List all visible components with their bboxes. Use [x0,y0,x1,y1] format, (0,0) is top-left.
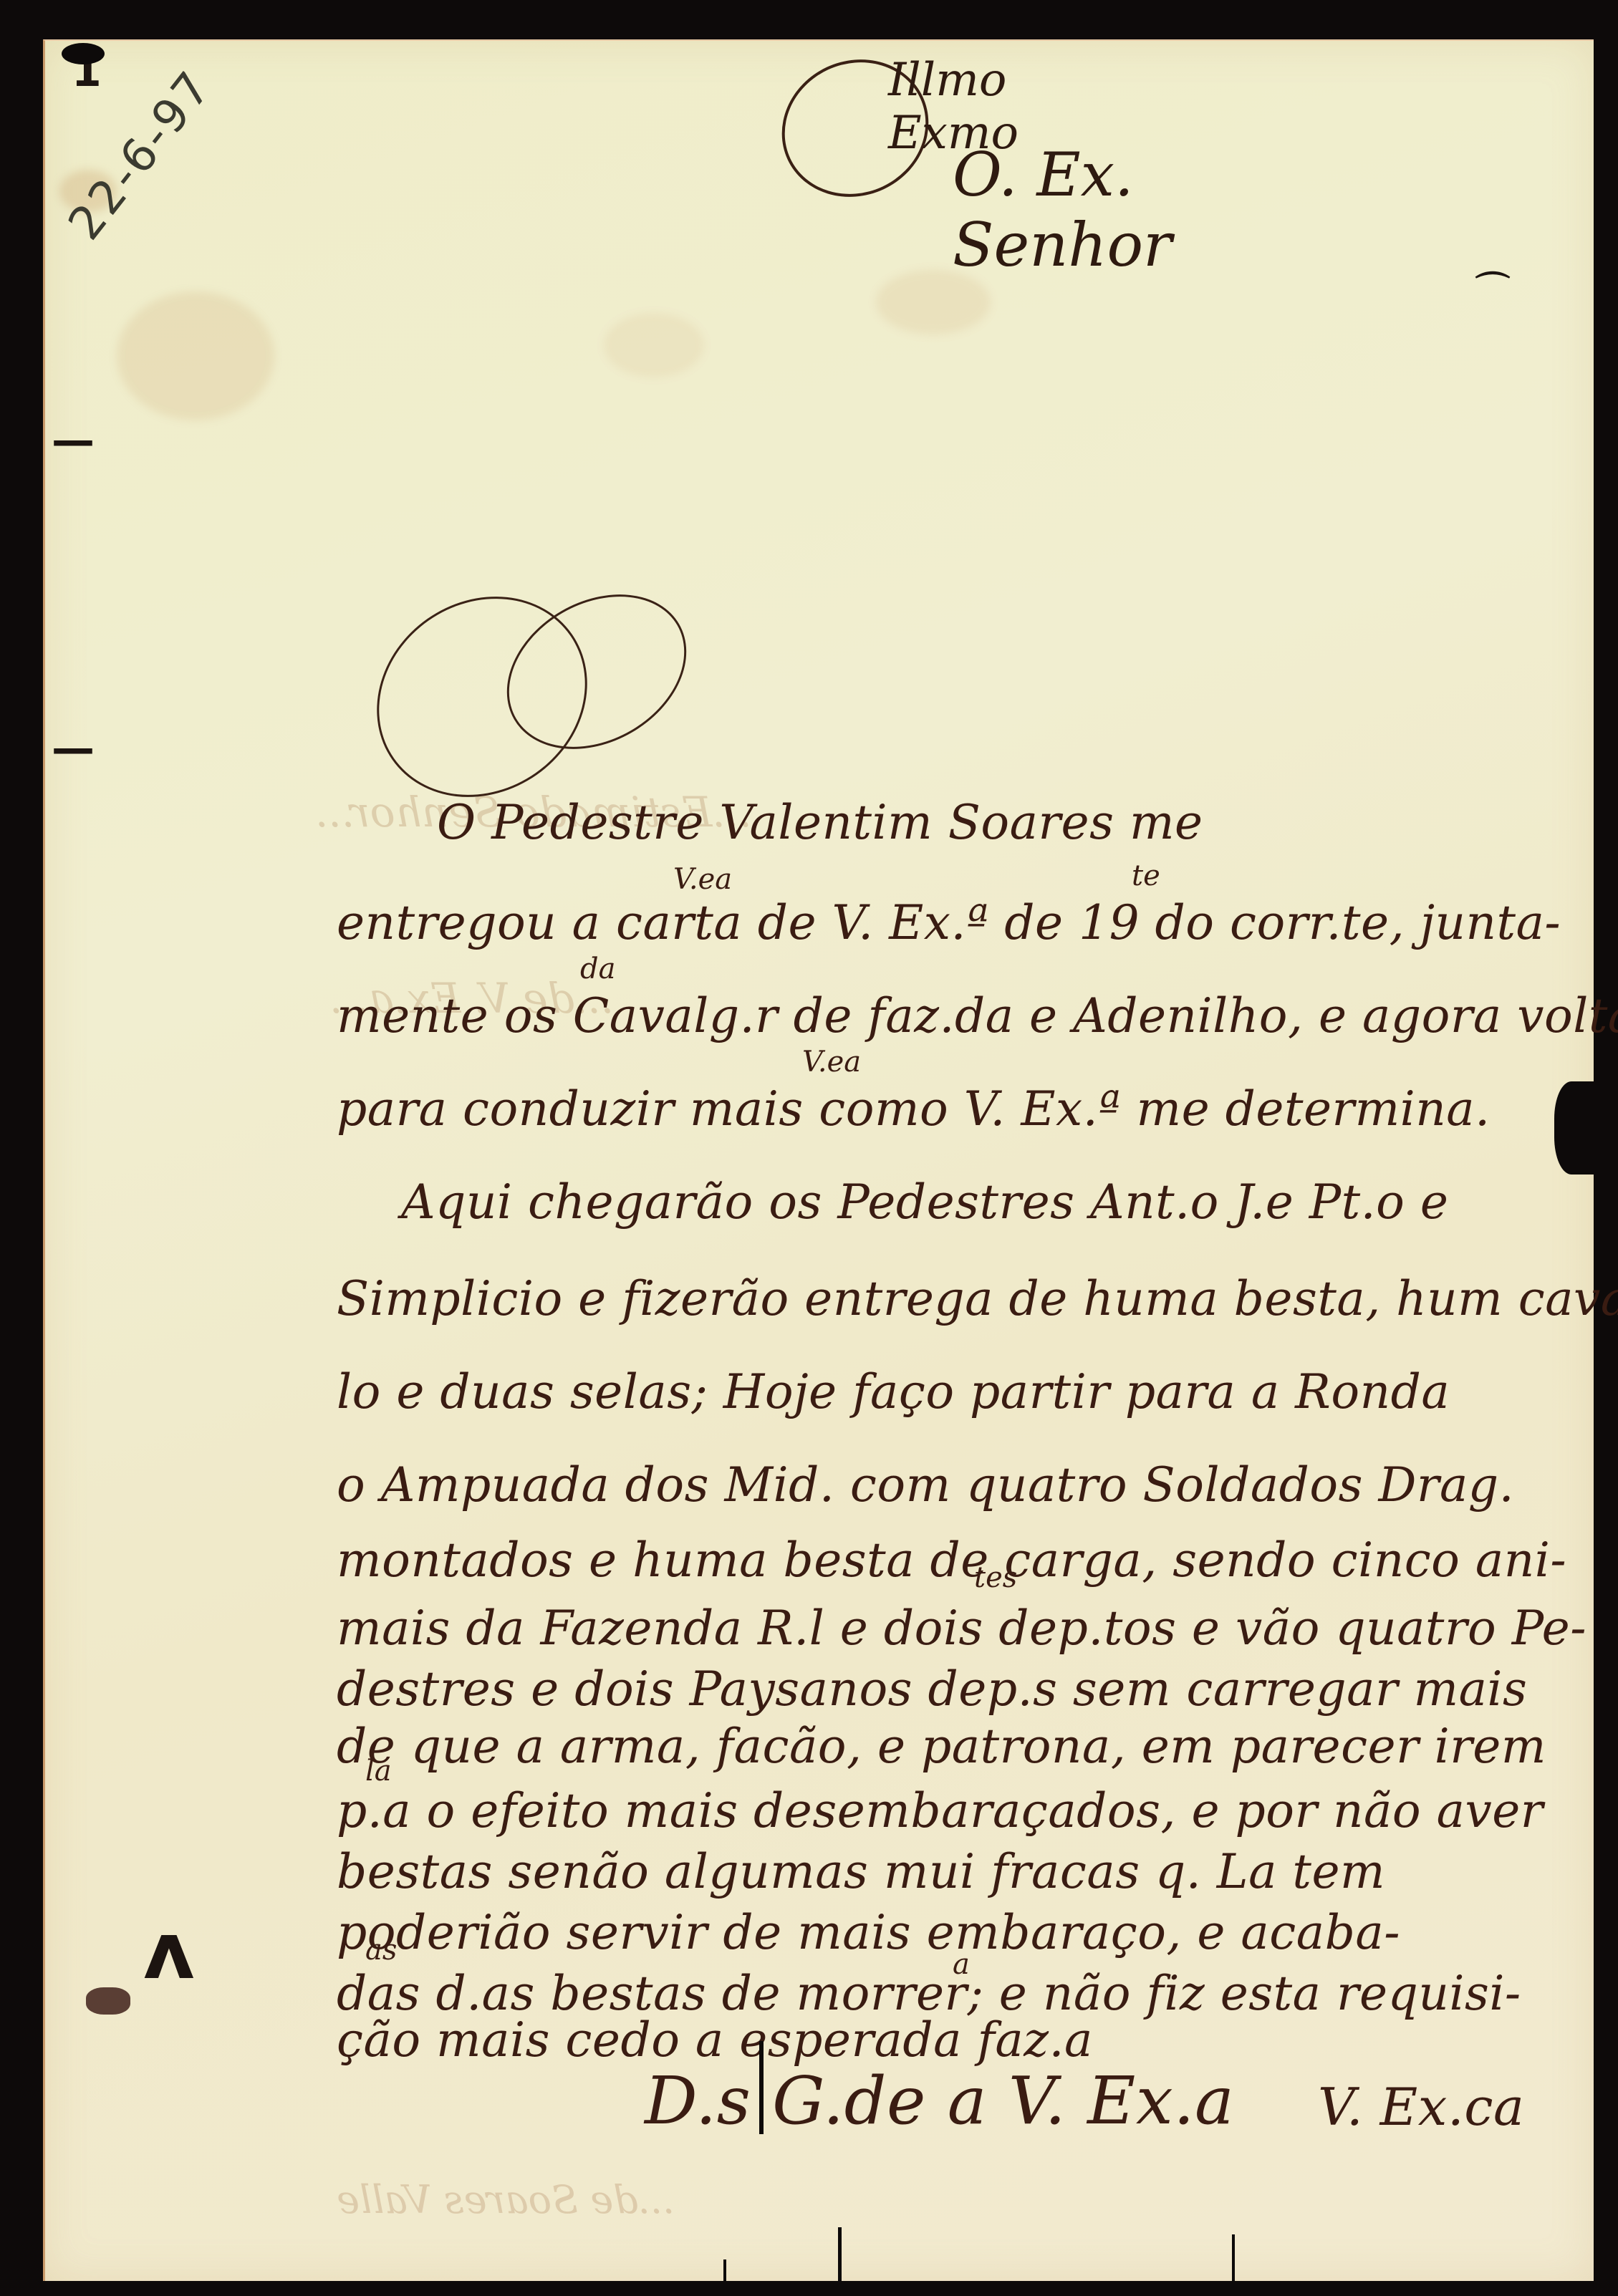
body-line-11: destres e dois Paysanos dep.s sem carreg… [337,1661,1527,1717]
body-line-4: para conduzir mais como V. Ex.ª me deter… [337,1081,1491,1137]
tear-line [759,2041,764,2134]
margin-mark: ʌ [143,1905,195,1997]
body-line-17: ção mais cedo a esperada faz.a [337,2012,1093,2068]
stain [117,291,274,420]
body-line-15: poderião servir de mais embaraço, e acab… [337,1905,1400,1960]
corner-mark: ⌒ [1475,261,1510,311]
superscript: da [580,952,615,985]
superscript: te [1132,859,1160,892]
body-line-9: montados e huma besta de carga, sendo ci… [337,1533,1566,1588]
body-line-3: mente os Cavalg.r de faz.da e Adenilho, … [337,988,1618,1043]
ink-blot [86,1987,130,2015]
salutation-line-2: O. Ex. Senhor [953,140,1172,280]
body-line-8: o Ampuada dos Mid. com quatro Soldados D… [337,1457,1514,1513]
torn-edge [1554,1081,1597,1174]
body-line-1: O Pedestre Valentim Soares me [437,795,1203,850]
stain [604,313,704,377]
body-line-7: lo e duas selas; Hoje faço partir para a… [337,1364,1450,1419]
signature: V. Ex.ca [1318,2077,1524,2137]
body-line-6: Simplicio e fizerão entrega de huma best… [337,1271,1618,1326]
body-line-14: bestas senão algumas mui fracas q. La te… [337,1844,1385,1899]
superscript: V.ea [673,863,732,896]
body-line-5: Aqui chegarão os Pedestres Ant.o J.e Pt.… [401,1174,1448,1230]
closing-formula: D.s G.de a V. Ex.a [645,2063,1234,2139]
body-line-10: mais da Fazenda R.l e dois dep.tos e vão… [337,1601,1586,1656]
superscript: a [953,1948,970,1981]
tear-line [838,2227,842,2292]
margin-mark: — [52,723,95,773]
bottom-faint-note: ...de Soares Valle [337,2177,675,2222]
body-line-12: de que a arma, facão, e patrona, em pare… [337,1719,1546,1774]
tear-line [1232,2234,1235,2292]
body-line-2: entregou a carta de V. Ex.ª de 19 do cor… [337,895,1561,950]
torn-corner [62,43,105,64]
superscript: tes [974,1561,1017,1594]
superscript: V.ea [802,1046,861,1079]
superscript: la [365,1755,392,1788]
margin-mark: — [52,415,95,466]
tear-line [723,2259,726,2292]
body-line-13: p.a o efeito mais desembaraçados, e por … [337,1783,1544,1838]
superscript: as [365,1934,397,1967]
